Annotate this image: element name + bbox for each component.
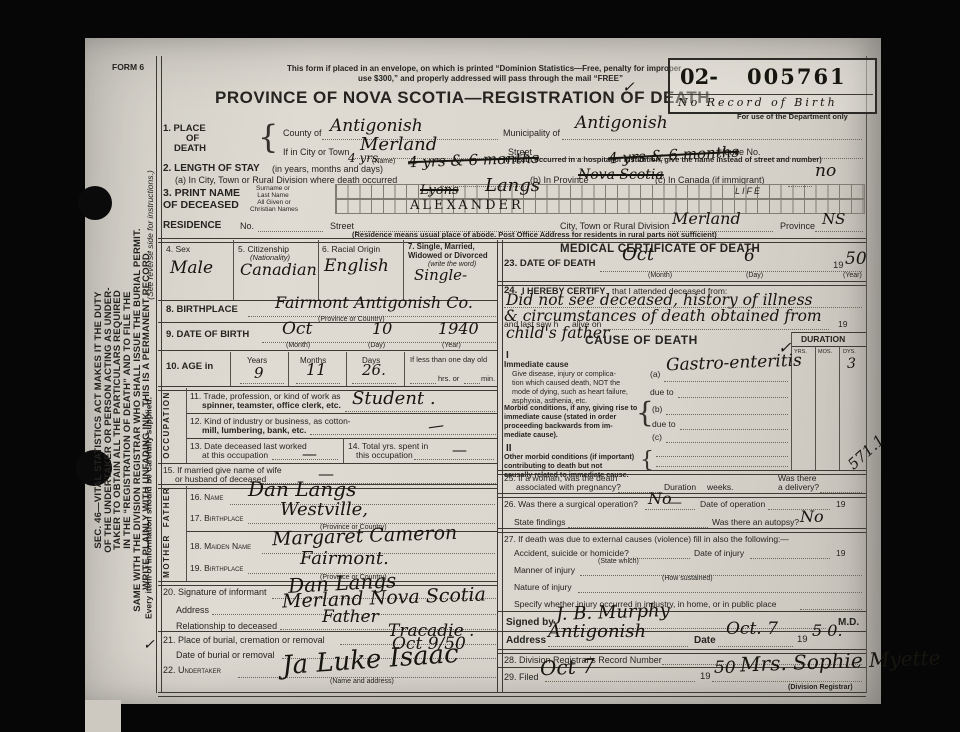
death-date-label: 23. DATE OF DEATH [504,259,596,270]
duration-days-value: 3 [847,357,856,371]
age-months-value: 11 [306,362,326,378]
division-registrar-signature: Mrs. Sophie Myette [740,648,941,675]
findings-label: State findings [514,518,566,528]
dotted-line [562,138,862,140]
cause-brace: { [640,448,654,473]
age-years-value: 9 [254,366,264,381]
municipality-label: Municipality of [503,128,560,138]
duration-table-rule [815,346,816,470]
cause-b-label: (b) [652,405,662,415]
dotted-line [296,382,340,384]
residence-division-value: Merland [672,211,741,227]
death-day-value: 6 [744,248,755,265]
residence-province-value: NS [822,212,845,227]
s13-label2: at this occupation [202,451,268,461]
check-mark: ✓ [143,638,155,652]
rule [186,438,498,439]
marital-value: Single- [414,268,467,283]
residence-no-label: No. [240,221,254,231]
sex-label: 4. Sex [166,245,190,255]
given-name-value: ALEXANDER [410,198,524,213]
total-yrs-dash: — [452,443,467,458]
father-name-label: 16. Name [190,493,223,503]
racial-origin-value: English [324,258,389,275]
relationship-label: Relationship to deceased [176,621,277,631]
form-right-border [866,56,867,693]
dotted-line [718,645,793,647]
father-birthplace-label: 17. Birthplace [190,514,243,524]
duration-table-rule [839,346,840,470]
age-label: 10. AGE in [166,362,213,373]
cell-rule [404,352,405,386]
filed-year-prefix: 19 [700,672,711,683]
dotted-line [600,270,862,272]
cell-rule [343,438,344,463]
physician-address-label: Address [506,635,546,647]
death-year-prefix: 19 [833,261,844,272]
dotted-line [310,433,496,435]
sex-value: Male [170,260,213,277]
residence-label: RESIDENCE [163,220,221,232]
medical-certificate-title: MEDICAL CERTIFICATE OF DEATH [560,243,760,256]
dotted-line [464,382,480,384]
dob-month-value: Oct [282,321,312,338]
cell-rule [403,240,404,300]
informant-signature-label: 20. Signature of informant [163,587,267,597]
registration-code: 02- [680,64,718,89]
burial-date-label: Date of burial or removal [176,650,275,660]
s11-label2: spinner, teamster, office clerk, etc. [202,401,341,411]
dotted-line [645,508,695,510]
dotted-line [352,382,396,384]
dob-day-sublabel: (Day) [368,342,385,350]
occupation-vertical-label: OCCUPATION [162,389,182,461]
cell-rule [186,388,187,463]
trade-value: Student . [352,390,436,408]
s14-label2: this occupation [356,451,413,461]
industry-dash: — [427,417,445,435]
dotted-line [580,574,862,576]
manner-of-injury-label: Manner of injury [514,566,575,576]
operation-date-label: Date of operation [700,500,765,510]
signed-year-value: 5 0. [812,623,843,639]
dotted-line [568,526,708,528]
cause-c-label: (c) [652,433,662,443]
duration-col-dys: DYS. [843,349,856,355]
given-name-sublabel: All Given or Christian Names [250,199,298,214]
cell-rule [288,352,289,386]
surname-value: Langs [485,177,540,195]
dob-label: 9. DATE OF BIRTH [166,330,249,341]
due-to-label: due to [652,420,676,430]
immediate-cause-desc: Give disease, injury or complica- tion w… [512,369,628,405]
dotted-line [800,608,862,610]
page-title: PROVINCE OF NOVA SCOTIA—REGISTRATION OF … [215,88,710,108]
death-day-sublabel: (Day) [746,272,763,280]
last-worked-dash: — [302,447,317,462]
dob-day-value: 10 [372,321,392,337]
relationship-value: Father [322,609,379,626]
death-year-sublabel: (Year) [843,272,862,280]
dotted-line [656,455,788,457]
s25-label2: associated with pregnancy? [516,483,621,493]
s26-label: 26. Was there a surgical operation? [504,500,638,510]
cell-rule [318,240,319,300]
filed-year-value: 50 [714,660,736,677]
residence-province-label: Province [780,221,815,231]
father-name-value: Dan Langs [248,479,356,499]
marital-label: 7. Single, Married, Widowed or Divorced [408,243,488,261]
dotted-line [820,491,862,493]
nature-of-injury-label: Nature of injury [514,583,572,593]
state-which-sublabel: (State which) [598,558,639,566]
residence-note: (Residence means usual place of abode. P… [352,231,717,240]
check-mark: ✓ [622,80,635,95]
sidebar-supply-note: Every item of information should be care… [144,351,156,666]
form-number: FORM 6 [112,63,144,73]
cause-a-value: Gastro-enteritis [666,353,802,375]
county-value: Antigonish [330,118,423,135]
s1-label: 1. PLACE [163,124,206,135]
cause-of-death-title: CAUSE OF DEATH [585,334,698,348]
how-sustained-sublabel: (How sustained) [662,575,713,583]
dob-year-sublabel: (Year) [442,342,461,350]
paper-edge-sliver [85,700,121,732]
column-divider [497,240,503,692]
age-hrs-label: hrs. or [438,375,459,384]
signed-by-label: Signed by [506,617,554,629]
birthplace-value: Fairmont Antigonish Co. [275,295,473,311]
dotted-line [410,382,436,384]
dotted-line [345,410,495,412]
mother-maiden-label: 18. Maiden Name [190,542,251,552]
in-canada-value: no [815,163,836,180]
dotted-line [545,680,695,682]
cell-rule [233,240,234,300]
age-lessday-label: If less than one day old [410,356,487,365]
immediate-cause-label: Immediate cause [504,360,568,369]
dotted-line [240,382,284,384]
length-of-stay-life: LIFE [735,186,762,196]
age-min-label: min. [481,375,495,384]
s2-label: 2. LENGTH OF STAY [163,163,260,175]
s2-sublabel: (in years, months and days) [272,164,383,174]
duration-table-rule [791,346,866,347]
rule [498,611,866,612]
morbid-conditions-desc: Morbid conditions, if any, giving rise t… [504,403,637,439]
s3-label: OF DECEASED [163,199,239,211]
dotted-line [750,557,830,559]
dotted-line [258,230,323,232]
physician-address-value: Antigonish [548,623,646,641]
mail-notice-line2: use $300,” and properly addressed will p… [358,74,623,83]
undertaker-label: 22. Undertaker [163,665,221,675]
surname-grid [335,184,865,199]
dotted-line [712,680,862,682]
county-label: County of [283,128,322,138]
filed-label: 29. Filed [504,672,539,682]
father-vertical-label: FATHER [162,484,182,530]
mother-vertical-label: MOTHER [162,532,182,580]
surname-struck: Lyons [420,184,459,197]
duration-header: DURATION [801,335,845,345]
duration-col-mos: MOS. [818,349,832,355]
rule [186,413,498,414]
dotted-line [680,428,788,430]
rule [158,692,866,697]
dotted-line [578,591,862,593]
signed-year-prefix: 19 [797,635,808,646]
autopsy-label: Was there an autopsy? [712,518,799,528]
province-struck: Nova Scotia [578,168,664,182]
signed-date-value: Oct. 7 [726,621,778,638]
autopsy-value: No [800,509,824,525]
dotted-line [666,413,788,415]
cell-rule [346,352,347,386]
cause-a-label: (a) [650,370,660,380]
age-days-value: 26. [362,363,386,378]
citizenship-value: Canadian [240,262,317,278]
burial-place-label: 21. Place of burial, cremation or remova… [163,635,325,645]
death-month-sublabel: (Month) [648,272,672,280]
municipality-value: Antigonish [575,115,668,132]
death-month-value: Oct [622,246,654,264]
no-record-of-birth-note: No Record of Birth [678,97,838,108]
mail-notice-line1: This form if placed in an envelope, on w… [287,64,681,73]
stay-scribble: 4 yrs [348,152,378,164]
surname-sublabel: Surname or Last Name [256,185,290,200]
dob-month-sublabel: (Month) [286,342,310,350]
weeks-label: weeks. [707,483,733,493]
dotted-line [666,441,788,443]
undertaker-sublabel: (Name and address) [330,678,394,686]
cell-rule [186,486,187,581]
registration-number: 005761 [747,64,847,89]
delivery-label: a delivery? [778,483,819,493]
stay-scribble-struck: 4 yrs & 6 months [408,151,540,171]
city-label: If in City or Town [283,147,349,157]
injury-year-prefix: 19 [836,549,845,559]
s12-label2: mill, lumbering, bank, etc. [202,426,306,436]
dotted-line [815,230,863,232]
form-left-border [156,56,162,693]
dotted-line [664,380,788,382]
dotted-line [548,645,688,647]
rule [158,350,498,351]
dob-year-value: 1940 [438,321,479,337]
death-year-value: 50 [845,251,867,268]
sidebar-statute-text: SEC. 46—VITAL STATISTICS ACT MAKES IT TH… [94,150,146,690]
s27-label: 27. If death was due to external causes … [504,535,789,545]
s1-label: DEATH [174,144,206,155]
injury-date-label: Date of injury [694,549,744,559]
scanned-death-registration: SEC. 46—VITAL STATISTICS ACT MAKES IT TH… [0,0,960,732]
birthplace-label: 8. BIRTHPLACE [166,305,238,316]
mother-birthplace-label: 19. Birthplace [190,564,243,574]
operation-year-prefix: 19 [836,500,845,510]
dotted-line [656,465,788,467]
dotted-line [604,328,829,330]
s3-label: 3. PRINT NAME [163,187,240,199]
signed-date-label: Date [694,635,716,647]
rule [498,528,866,533]
lastsaw-year-prefix: 19 [838,320,847,330]
department-caption: For use of the Department only [737,113,848,122]
duration-table-rule [791,332,866,333]
filed-date-value: Oct 7 [540,656,596,679]
racial-origin-label: 6. Racial Origin [322,245,380,255]
mother-birthplace-value: Fairmont. [300,550,389,568]
residence-street-label: Street [330,221,354,231]
division-registrar-sublabel: (Division Registrar) [788,684,853,692]
regbox-divider [668,94,873,95]
cell-rule [230,352,231,386]
rule [498,493,866,498]
father-birthplace-value: Westville, [280,501,368,519]
dotted-line [678,396,788,398]
place-brace: { [258,118,278,156]
informant-address-label: Address [176,605,209,615]
